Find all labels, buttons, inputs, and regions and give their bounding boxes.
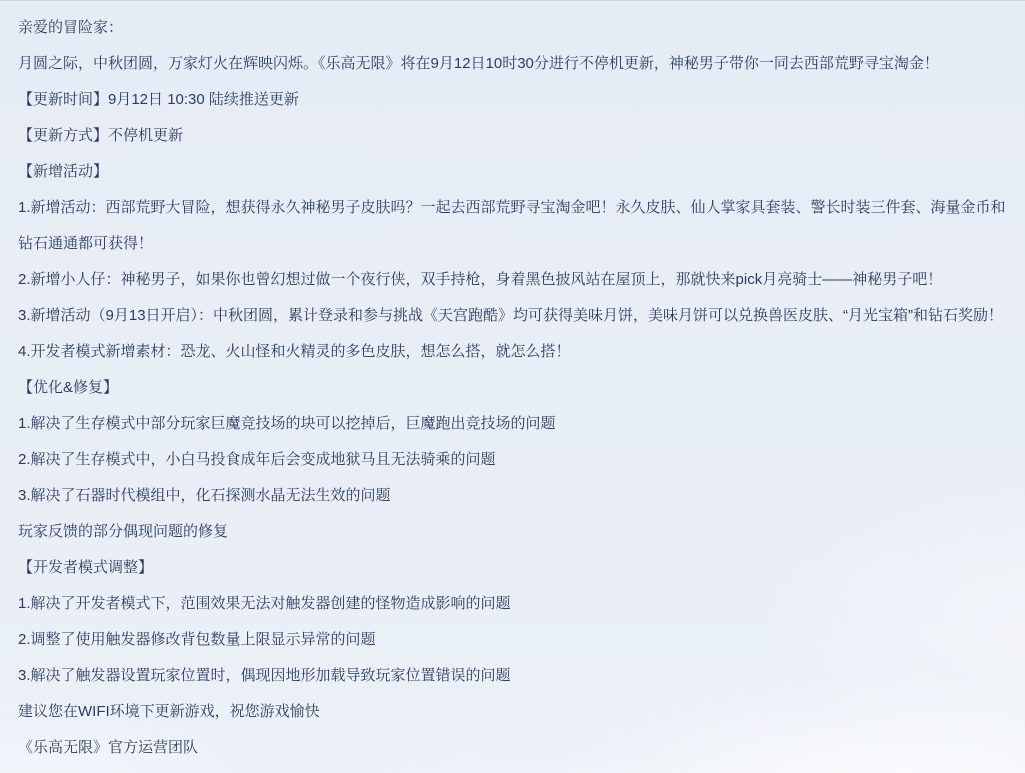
fix-item-2: 2.解决了生存模式中，小白马投食成年后会变成地狱马且无法骑乘的问题 [18,442,1011,478]
fix-item-1: 1.解决了生存模式中部分玩家巨魔竞技场的块可以挖掉后，巨魔跑出竞技场的问题 [18,406,1011,442]
fix-item-misc: 玩家反馈的部分偶现问题的修复 [18,514,1011,550]
new-activity-item-3: 3.新增活动（9月13日开启）：中秋团圆，累计登录和参与挑战《天宫跑酷》均可获得… [18,298,1011,334]
developer-adjustment-item-1: 1.解决了开发者模式下，范围效果无法对触发器创建的怪物造成影响的问题 [18,586,1011,622]
section-header-fixes: 【优化&修复】 [18,370,1011,406]
new-activity-item-2: 2.新增小人仔：神秘男子，如果你也曾幻想过做一个夜行侠，双手持枪，身着黑色披风站… [18,262,1011,298]
update-time-line: 【更新时间】9月12日 10:30 陆续推送更新 [18,82,1011,118]
developer-adjustment-item-3: 3.解决了触发器设置玩家位置时，偶现因地形加载导致玩家位置错误的问题 [18,658,1011,694]
section-header-developer-adjustments: 【开发者模式调整】 [18,550,1011,586]
update-method-line: 【更新方式】不停机更新 [18,118,1011,154]
new-activity-item-1: 1.新增活动：西部荒野大冒险，想获得永久神秘男子皮肤吗？一起去西部荒野寻宝淘金吧… [18,190,1011,262]
page: { "colors": { "background": "#e9eef6", "… [0,0,1025,773]
closing-note: 建议您在WIFI环境下更新游戏，祝您游戏愉快 [18,694,1011,730]
greeting: 亲爱的冒险家： [18,10,1011,46]
signature: 《乐高无限》官方运营团队 [18,730,1011,766]
update-notice: 亲爱的冒险家： 月圆之际，中秋团圆，万家灯火在辉映闪烁。《乐高无限》将在9月12… [0,1,1025,766]
developer-adjustment-item-2: 2.调整了使用触发器修改背包数量上限显示异常的问题 [18,622,1011,658]
new-activity-item-4: 4.开发者模式新增素材：恐龙、火山怪和火精灵的多色皮肤，想怎么搭，就怎么搭！ [18,334,1011,370]
section-header-new-activities: 【新增活动】 [18,154,1011,190]
intro-paragraph: 月圆之际，中秋团圆，万家灯火在辉映闪烁。《乐高无限》将在9月12日10时30分进… [18,46,1011,82]
fix-item-3: 3.解决了石器时代模组中，化石探测水晶无法生效的问题 [18,478,1011,514]
